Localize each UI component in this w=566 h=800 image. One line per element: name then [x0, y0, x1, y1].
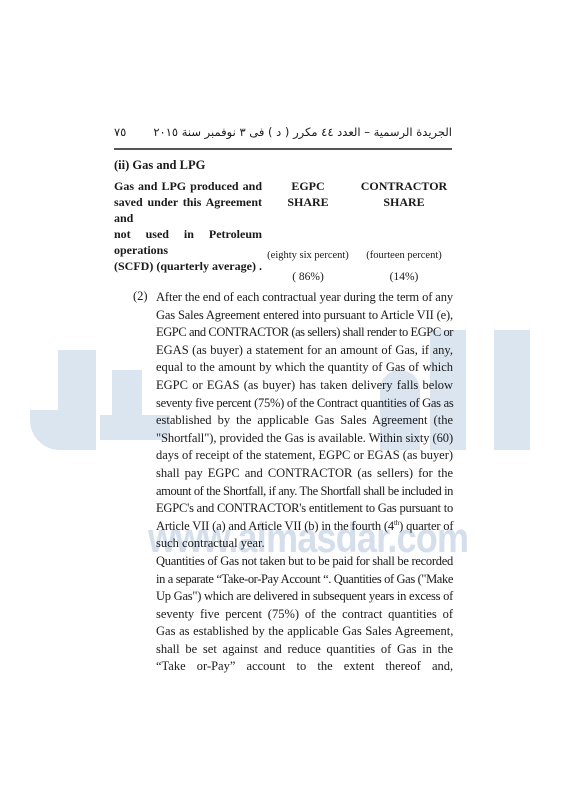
section-title: (ii) Gas and LPG: [114, 158, 205, 173]
text-line-article: Article VII (a) and Article VII (b) in t…: [156, 518, 453, 536]
header-line: CONTRACTOR: [356, 178, 452, 194]
text-line: days of receipt of the statement, EGPC o…: [156, 447, 453, 465]
contractor-share-header: CONTRACTOR SHARE: [356, 178, 452, 210]
egpc-share-header: EGPC SHARE: [268, 178, 348, 210]
header-line: SHARE: [356, 194, 452, 210]
desc-line: saved under this Agreement and: [114, 194, 262, 226]
text-line: seventy five percent (75%) of the Contra…: [156, 395, 453, 413]
page-header: الجريدة الرسمية – العدد ٤٤ مكرر ( د ) فى…: [114, 125, 452, 143]
text-line: “Take or-Pay” account to the extent ther…: [156, 658, 453, 676]
text-line: Gas as established by the applicable Gas…: [156, 623, 453, 641]
text-line: shall pay EGPC and CONTRACTOR (as seller…: [156, 465, 453, 483]
text-segment: Article VII (a) and Article VII (b) in t…: [156, 519, 394, 533]
text-line: established by the applicable Gas Sales …: [156, 412, 453, 430]
text-line: EGAS (as buyer) a statement for an amoun…: [156, 342, 453, 360]
text-segment: ) quarter of: [399, 519, 453, 533]
page-number: ٧٥: [114, 125, 126, 139]
text-line: Up Gas") which are delivered in subseque…: [156, 588, 453, 606]
text-line: EGPC or EGAS (as buyer) has taken delive…: [156, 377, 453, 395]
egpc-percent-value: ( 86%): [262, 271, 354, 283]
contractor-percent-value: (14%): [356, 271, 452, 283]
text-line: such contractual year.: [156, 535, 453, 553]
egpc-percent-words: (eighty six percent): [262, 250, 354, 261]
paragraph-body: After the end of each contractual year d…: [156, 289, 453, 676]
table-description: Gas and LPG produced and saved under thi…: [114, 178, 262, 274]
text-line: shall be set against and reduce quantiti…: [156, 641, 453, 659]
text-line: amount of the Shortfall, if any. The Sho…: [156, 483, 453, 501]
text-line: Gas Sales Agreement entered into pursuan…: [156, 307, 453, 325]
desc-line: Gas and LPG produced and: [114, 178, 262, 194]
document-page: الجريدة الرسمية – العدد ٤٤ مكرر ( د ) فى…: [0, 0, 566, 800]
gazette-title: الجريدة الرسمية – العدد ٤٤ مكرر ( د ) فى…: [153, 125, 452, 139]
header-line: EGPC: [268, 178, 348, 194]
contractor-percent-words: (fourteen percent): [356, 250, 452, 261]
text-line: in a separate “Take-or-Pay Account “. Qu…: [156, 571, 453, 589]
header-divider: [114, 148, 452, 150]
text-line: After the end of each contractual year d…: [156, 289, 453, 307]
text-line: equal to the amount by which the quantit…: [156, 359, 453, 377]
paragraph-number: (2): [133, 289, 148, 304]
desc-line: not used in Petroleum operations: [114, 226, 262, 258]
text-line: Quantities of Gas not taken but to be pa…: [156, 553, 453, 571]
text-line: "Shortfall"), provided the Gas is availa…: [156, 430, 453, 448]
text-line: EGPC's and CONTRACTOR's entitlement to G…: [156, 500, 453, 518]
desc-line: (SCFD) (quarterly average) .: [114, 258, 262, 274]
text-line: seventy five percent (75%) of the contra…: [156, 606, 453, 624]
text-line: EGPC and CONTRACTOR (as sellers) shall r…: [156, 324, 453, 342]
header-line: SHARE: [268, 194, 348, 210]
